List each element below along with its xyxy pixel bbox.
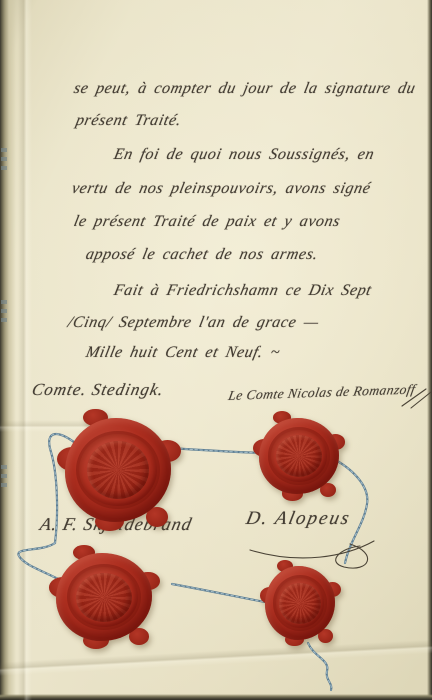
wax-seal-bottom-left-large [52, 548, 156, 646]
manuscript-line: En foi de quoi nous Soussignés, en [112, 146, 376, 164]
manuscript-line: apposé le cachet de nos armes. [84, 246, 320, 264]
manuscript-line: Fait à Friedrichshamn ce Dix Sept [112, 282, 373, 300]
binding-stitch [1, 465, 7, 491]
seal-coat-of-arms [279, 583, 320, 624]
manuscript-line: le présent Traité de paix et y avons [72, 213, 342, 231]
signature-stedingk: Comte. Stedingk. [30, 380, 166, 400]
paper-crease-vertical [18, 0, 32, 700]
manuscript-line: se peut, à compter du jour de la signatu… [72, 80, 417, 98]
binding-edge [0, 0, 16, 700]
signature-romanzoff: Le Comte Nicolas de Romanzoff [227, 382, 417, 404]
page-edge-right [427, 0, 432, 700]
manuscript-page: se peut, à compter du jour de la signatu… [0, 0, 432, 700]
manuscript-line: /Cinq/ Septembre l'an de grace — [66, 314, 321, 332]
seal-coat-of-arms [87, 441, 150, 499]
page-edge-bottom [0, 694, 432, 700]
wax-seal-bottom-right [262, 562, 338, 644]
binding-stitch [1, 148, 7, 174]
manuscript-line: vertu de nos pleinspouvoirs, avons signé [70, 180, 372, 198]
signature-alopeus: D. Alopeus [244, 508, 353, 530]
seal-coat-of-arms [276, 435, 322, 477]
binding-stitch [1, 300, 7, 326]
seal-coat-of-arms [76, 573, 132, 622]
wax-seal-top-left-large [60, 412, 176, 528]
manuscript-line: présent Traité. [74, 112, 183, 130]
wax-seal-top-right [256, 414, 342, 498]
manuscript-line: Mille huit Cent et Neuf. ~ [84, 344, 282, 362]
